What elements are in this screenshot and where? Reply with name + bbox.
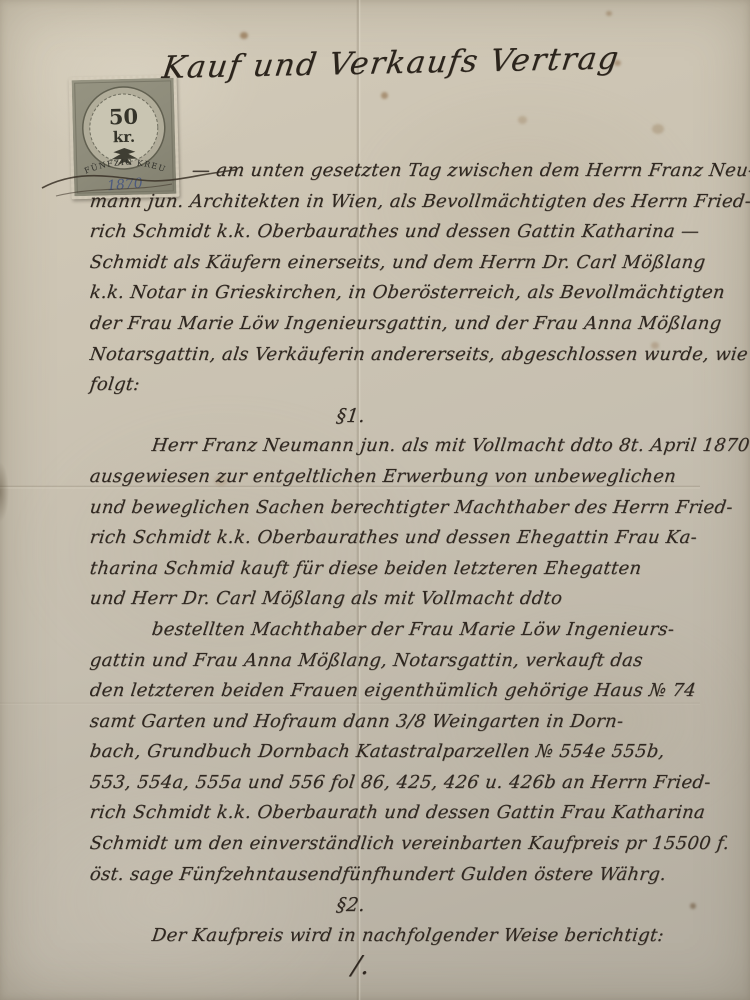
text-line: tharina Schmid kauft für diese beiden le… xyxy=(88,554,674,585)
text-line: — am unten gesetzten Tag zwischen dem He… xyxy=(88,156,674,187)
text-line: gattin und Frau Anna Mößlang, Notarsgatt… xyxy=(88,646,674,677)
text-line: Schmidt als Käufern einerseits, und dem … xyxy=(88,248,674,279)
text-line: mann jun. Architekten in Wien, als Bevol… xyxy=(88,187,674,218)
foxing-spot xyxy=(606,11,612,16)
text-line: den letzteren beiden Frauen eigenthümlic… xyxy=(88,676,674,707)
text-line: der Frau Marie Löw Ingenieursgattin, und… xyxy=(88,309,674,340)
foxing-spot xyxy=(240,32,248,39)
text-line: öst. sage Fünfzehntausendfünfhundert Gul… xyxy=(88,860,674,891)
text-line: rich Schmidt k.k. Oberbaurathes und dess… xyxy=(88,217,674,248)
section-mark: §1. xyxy=(88,401,674,432)
text-line: Herr Franz Neumann jun. als mit Vollmach… xyxy=(88,431,674,462)
document-paper: 50 kr. FÜNFZIG KREUZER 1870 Kauf und Ver… xyxy=(0,0,750,1000)
foxing-spot xyxy=(652,124,664,134)
text-line: rich Schmidt k.k. Oberbaurathes und dess… xyxy=(88,523,674,554)
foxing-spot xyxy=(381,92,388,99)
edge-tear xyxy=(0,452,16,532)
section-mark: §2. xyxy=(88,890,674,921)
manuscript-lines: — am unten gesetzten Tag zwischen dem He… xyxy=(88,156,670,982)
paper-wrap: 50 kr. FÜNFZIG KREUZER 1870 Kauf und Ver… xyxy=(0,0,750,1000)
text-line: bach, Grundbuch Dornbach Katastralparzel… xyxy=(88,737,674,768)
closing-flourish: /. xyxy=(88,951,674,982)
text-line: k.k. Notar in Grieskirchen, in Oberöster… xyxy=(88,278,674,309)
text-line: ausgewiesen zur entgeltlichen Erwerbung … xyxy=(88,462,674,493)
text-line: Schmidt um den einverständlich vereinbar… xyxy=(88,829,674,860)
text-line: 553, 554a, 555a und 556 fol 86, 425, 426… xyxy=(88,768,674,799)
text-line: und beweglichen Sachen berechtigter Mach… xyxy=(88,493,674,524)
text-line: Notarsgattin, als Verkäuferin anderersei… xyxy=(88,340,674,371)
foxing-spot xyxy=(518,116,527,124)
text-line: Der Kaufpreis wird in nachfolgender Weis… xyxy=(88,921,674,952)
document-title: Kauf und Verkaufs Vertrag xyxy=(160,40,622,86)
stamp-value: 50 xyxy=(109,104,139,130)
text-line: rich Schmidt k.k. Oberbaurath und dessen… xyxy=(88,798,674,829)
stamp-unit: kr. xyxy=(113,128,136,147)
text-line: und Herr Dr. Carl Mößlang als mit Vollma… xyxy=(88,584,674,615)
text-line: bestellten Machthaber der Frau Marie Löw… xyxy=(88,615,674,646)
text-line: samt Garten und Hofraum dann 3/8 Weingar… xyxy=(88,707,674,738)
text-line: folgt: xyxy=(88,370,674,401)
foxing-spot xyxy=(690,903,696,909)
